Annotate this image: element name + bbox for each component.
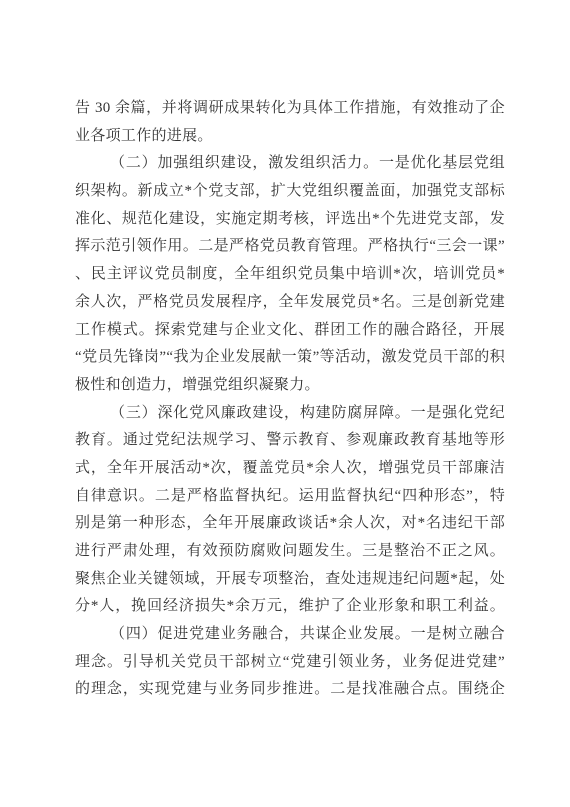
text-line: 教育。通过党纪法规学习、警示教育、参观廉政教育基地等形 xyxy=(75,427,505,455)
text-line: 理念。引导机关党员干部树立“党建引领业务，业务促进党建” xyxy=(75,649,505,677)
text-line: 聚焦企业关键领域，开展专项整治，查处违规违纪问题*起，处 xyxy=(75,566,505,594)
text-line: （四）促进党建业务融合，共谋企业发展。一是树立融合 xyxy=(75,621,505,649)
text-line: 准化、规范化建设，实施定期考核，评选出*个先进党支部，发 xyxy=(75,206,505,234)
text-line: 、民主评议党员制度，全年组织党员集中培训*次，培训党员* xyxy=(75,261,505,289)
text-line: “党员先锋岗”“我为企业发展献一策”等活动，激发党员干部的积 xyxy=(75,344,505,372)
text-line: 挥示范引领作用。二是严格党员教育管理。严格执行“三会一课” xyxy=(75,233,505,261)
text-lines: 告 30 余篇，并将调研成果转化为具体工作措施，有效推动了企业各项工作的进展。（… xyxy=(75,95,505,704)
text-line: 式，全年开展活动*次，覆盖党员*余人次，增强党员干部廉洁 xyxy=(75,455,505,483)
document-page: 告 30 余篇，并将调研成果转化为具体工作措施，有效推动了企业各项工作的进展。（… xyxy=(0,0,570,807)
text-line: 余人次，严格党员发展程序，全年发展党员*名。三是创新党建 xyxy=(75,289,505,317)
text-line: 告 30 余篇，并将调研成果转化为具体工作措施，有效推动了企 xyxy=(75,95,505,123)
text-line: 的理念，实现党建与业务同步推进。二是找准融合点。围绕企 xyxy=(75,676,505,704)
text-line: 业各项工作的进展。 xyxy=(75,123,505,151)
text-line: 织架构。新成立*个党支部，扩大党组织覆盖面，加强党支部标 xyxy=(75,178,505,206)
text-line: （二）加强组织建设，激发组织活力。一是优化基层党组 xyxy=(75,150,505,178)
text-line: 分*人，挽回经济损失*余万元，维护了企业形象和职工利益。 xyxy=(75,593,505,621)
text-line: （三）深化党风廉政建设，构建防腐屏障。一是强化党纪 xyxy=(75,400,505,428)
text-line: 自律意识。二是严格监督执纪。运用监督执纪“四种形态”，特 xyxy=(75,483,505,511)
text-line: 工作模式。探索党建与企业文化、群团工作的融合路径，开展 xyxy=(75,317,505,345)
text-line: 进行严肃处理，有效预防腐败问题发生。三是整治不正之风。 xyxy=(75,538,505,566)
text-line: 别是第一种形态，全年开展廉政谈话*余人次，对*名违纪干部 xyxy=(75,510,505,538)
text-line: 极性和创造力，增强党组织凝聚力。 xyxy=(75,372,505,400)
